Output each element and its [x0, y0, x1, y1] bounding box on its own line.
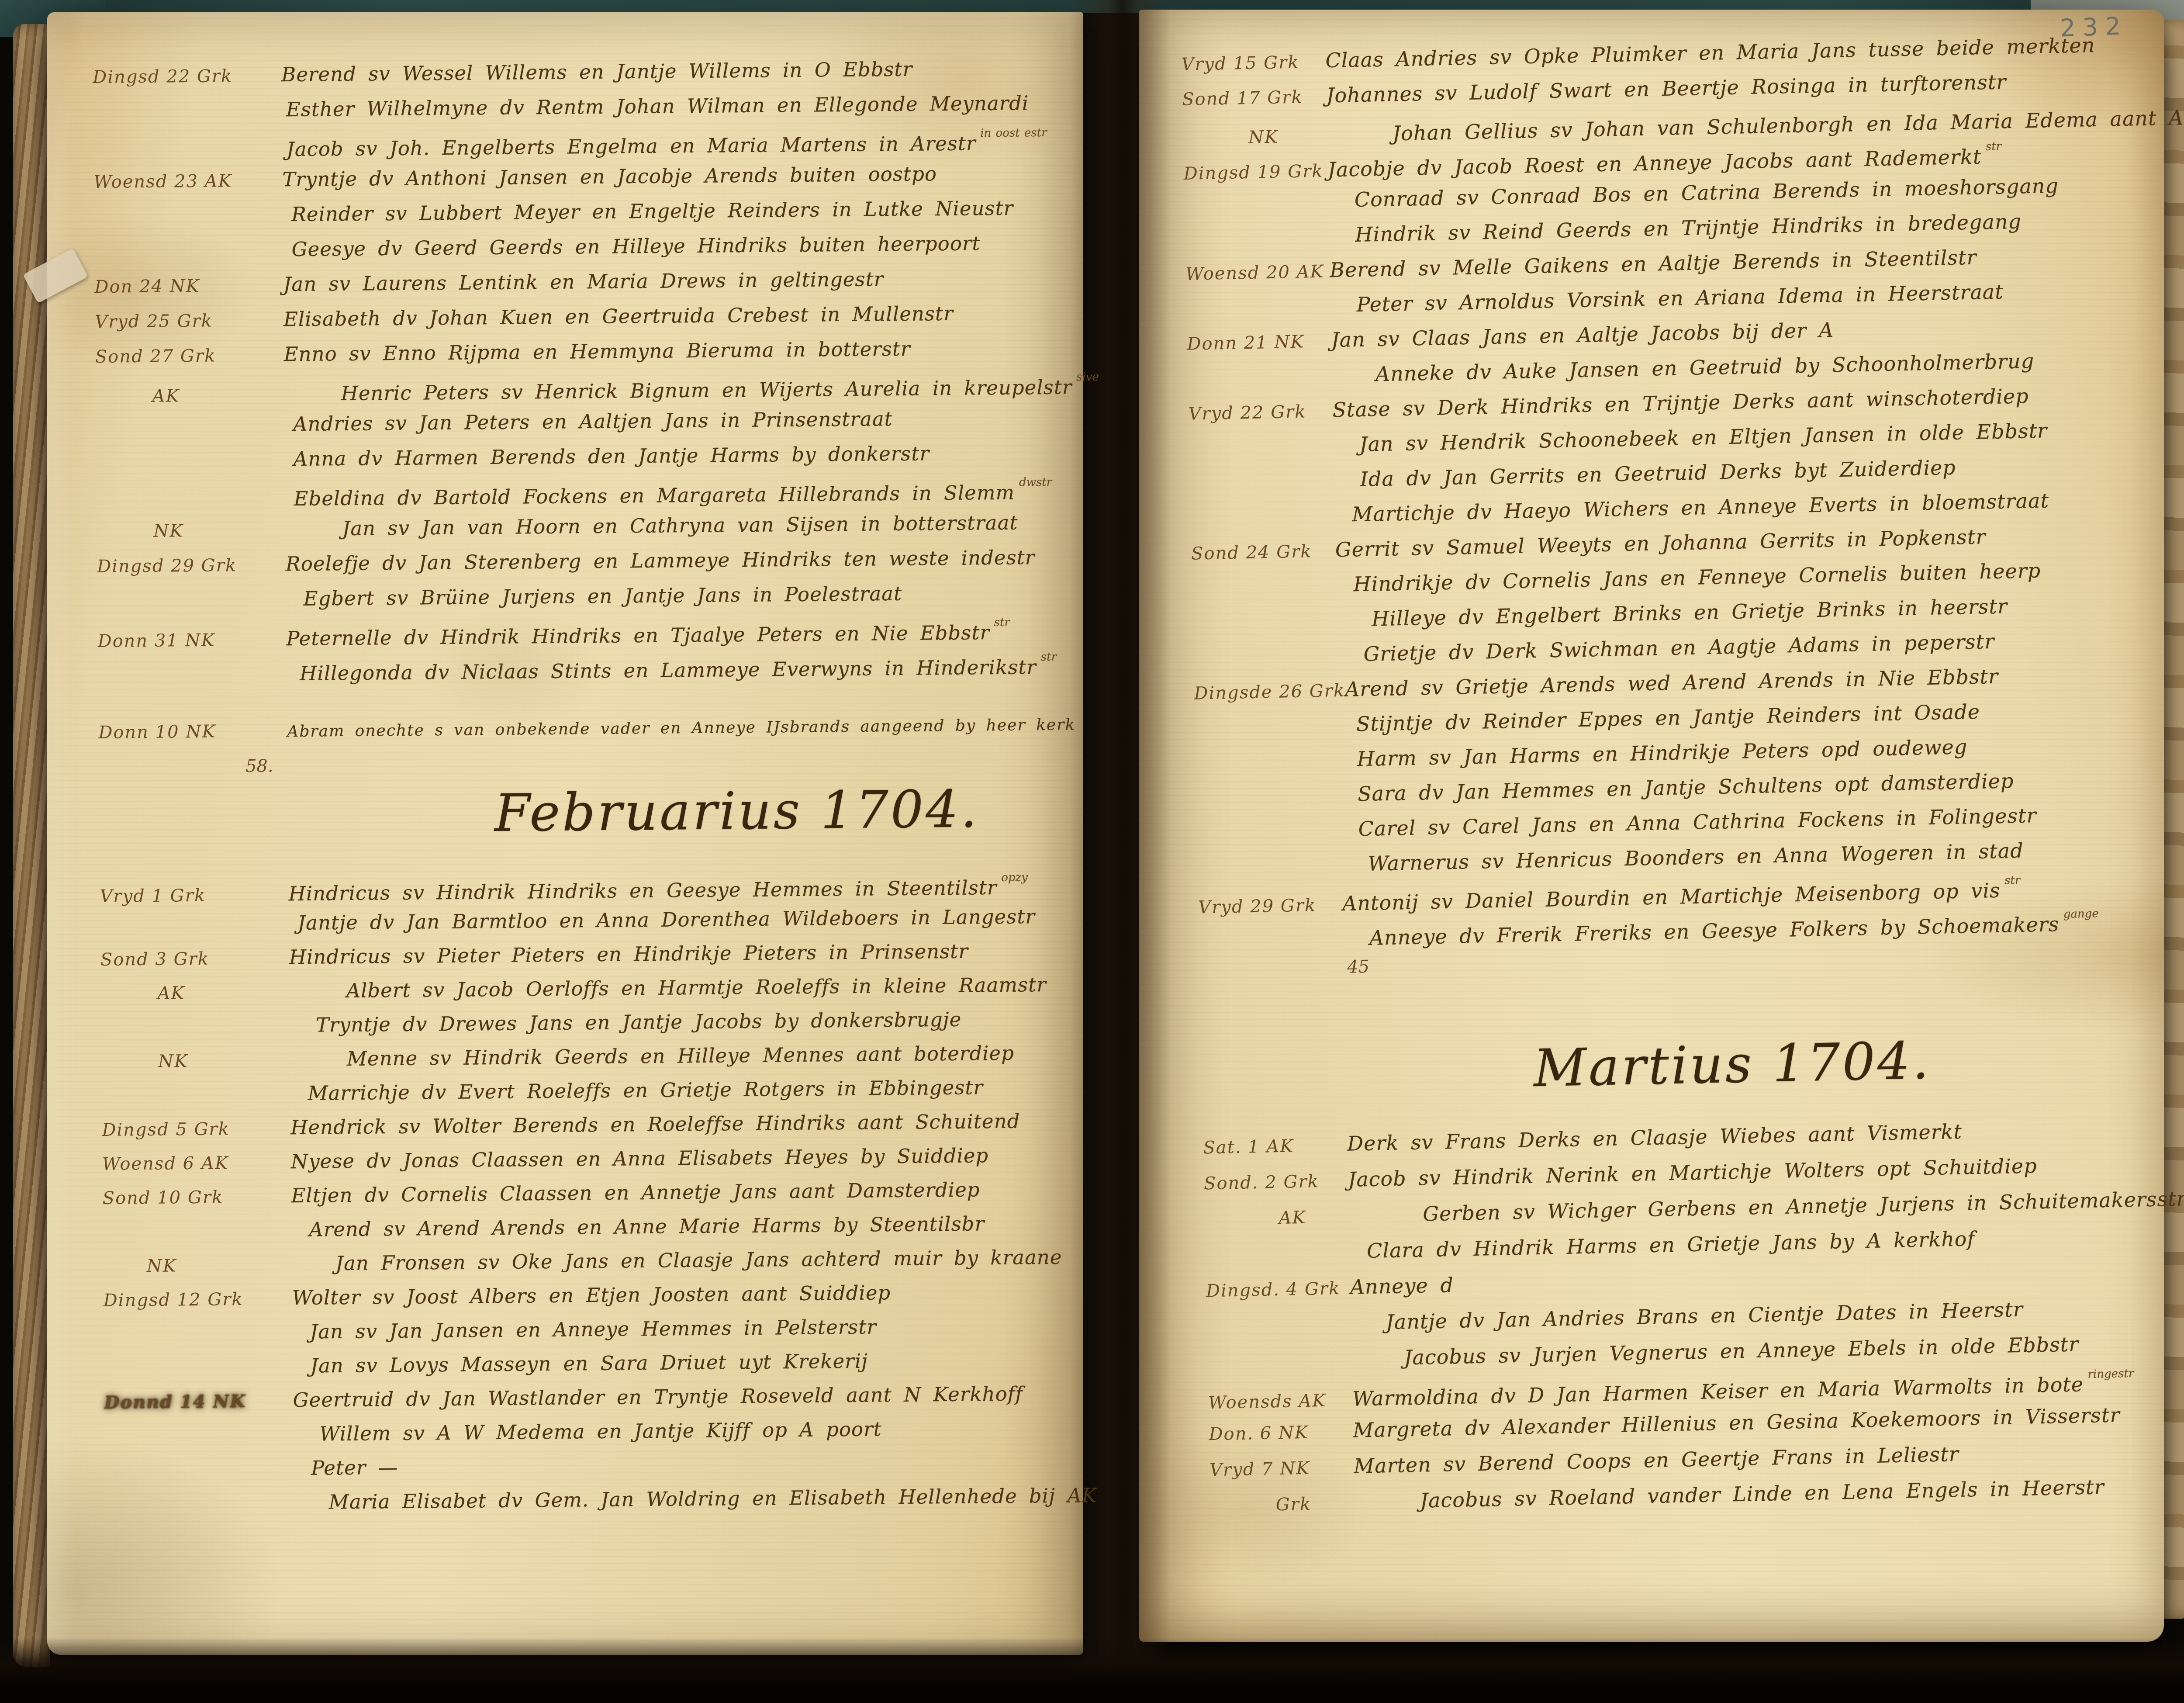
- entry-date-label: Woensd 20 AK: [1185, 261, 1330, 284]
- entry-superscript: ringestr: [2087, 1367, 2134, 1381]
- entry-date-label: Vryd 15 Grk: [1181, 52, 1326, 75]
- entry-date-label: Vryd 29 Grk: [1198, 895, 1343, 918]
- entry-text: Andries sv Jan Peters en Aaltjen Jans in…: [284, 407, 893, 436]
- entry-date-label: Woensds AK: [1208, 1390, 1353, 1413]
- entry-text: Enno sv Enno Rijpma en Hemmyna Bieruma i…: [284, 337, 911, 366]
- entry-date-label: Grk: [1210, 1492, 1420, 1516]
- entry-date-label: [1189, 452, 1334, 455]
- entry-date-label: [1196, 766, 1340, 769]
- entry-date-label: [94, 256, 283, 258]
- entry-date-label: Dingsd 29 Grk: [97, 555, 286, 577]
- entry-date-label: [104, 1373, 293, 1374]
- entry-date-label: AK: [95, 384, 341, 407]
- entry-text: Jan sv Jan Jansen en Anneye Hemmes in Pe…: [292, 1315, 877, 1343]
- entry-text: Jan sv Laurens Lentink en Maria Drews in…: [283, 267, 884, 296]
- entry-date-label: Dingsd 22 Grk: [93, 66, 281, 87]
- march-entries: Sat. 1 AK Derk sv Frans Derks en Claasje…: [1203, 1115, 2184, 1529]
- february-entries-right: Vryd 15 Grk Claas Andries sv Opke Pluimk…: [1181, 32, 2173, 960]
- entry-date-label: [102, 1100, 290, 1102]
- entry-date-label: Sond 17 Grk: [1182, 87, 1327, 110]
- entry-date-label: [1199, 945, 1343, 948]
- entry-date-label: AK: [1204, 1205, 1423, 1229]
- entry-superscript: gange: [2063, 907, 2099, 921]
- entry-date-label: Vryd 25 Grk: [95, 310, 283, 332]
- entry-text: Berend sv Wessel Willems en Jantje Wille…: [281, 58, 912, 87]
- entry-date-label: Dingsd 5 Grk: [102, 1118, 290, 1140]
- entry-text: Hindricus sv Hindrik Hindriks en Geesye …: [288, 871, 1028, 905]
- bottom-edge-shadow: [0, 1637, 2184, 1703]
- entry-date-label: [1198, 871, 1342, 874]
- entry-date-label: [1190, 487, 1334, 490]
- entry-date-label: [105, 1509, 294, 1511]
- entry-superscript: opzy: [1001, 871, 1028, 884]
- entry-date-label: Vryd 22 Grk: [1188, 401, 1333, 424]
- month-heading-martius: Martius 1704.: [1533, 1025, 2177, 1128]
- entry-date-label: [103, 1236, 291, 1238]
- entry-date-label: [1193, 661, 1337, 665]
- entry-date-label: Vryd 1 Grk: [100, 885, 288, 907]
- entry-date-label: [96, 431, 284, 433]
- entry-date-label: AK: [100, 982, 346, 1004]
- month-heading-februarius: Februarius 1704.: [494, 778, 1052, 873]
- entry-date-label: Don 24 NK: [94, 275, 283, 297]
- entry-date-label: [98, 680, 287, 682]
- entry-date-label: [105, 1441, 294, 1443]
- entry-text: Peternelle dv Hindrik Hindriks en Tjaaly…: [286, 616, 1010, 650]
- entry-date-label: [1206, 1258, 1350, 1261]
- january-entries: Dingsd 22 Grk Berend sv Wessel Willems e…: [93, 56, 1050, 694]
- entry-superscript: dwstr: [1019, 476, 1052, 489]
- entry-text: Abram onechte s van onbekende vader en A…: [287, 716, 1075, 741]
- entry-date-label: Sond 10 Grk: [102, 1187, 291, 1208]
- entry-text: Willem sv A W Medema en Jantje Kijff op …: [293, 1417, 882, 1446]
- entry-date-label: [1186, 312, 1330, 315]
- entry-date-label: NK: [97, 519, 342, 542]
- entry-text: Wolter sv Joost Albers en Etjen Joosten …: [292, 1281, 891, 1309]
- entry-date-label: [1188, 382, 1332, 385]
- entry-date-label: [104, 1339, 292, 1340]
- entry-date-label: [1196, 801, 1341, 804]
- entry-date-label: [97, 606, 286, 607]
- entry-date-label: [101, 1032, 290, 1034]
- entry-date-label: [1208, 1366, 1352, 1369]
- entry-date-label: [93, 156, 282, 158]
- entry-date-label: Donn 10 NK: [98, 721, 287, 743]
- entry-date-label: [1197, 836, 1341, 839]
- entry-date-label: NK: [101, 1050, 347, 1072]
- entry-superscript: str: [994, 616, 1010, 629]
- entry-date-label: [1191, 522, 1335, 525]
- entry-date-label: Sond 24 Grk: [1191, 541, 1336, 564]
- entry-text: Jan sv Lovys Masseyn en Sara Driuet uyt …: [293, 1350, 868, 1378]
- entry-date-label: [93, 116, 282, 118]
- entry-date-label: Dingsd. 4 Grk: [1206, 1278, 1350, 1301]
- entry-date-label: [1195, 731, 1339, 734]
- entry-date-label: Dingsde 26 Grk: [1194, 681, 1345, 704]
- entry-text: Anneye d: [1350, 1273, 1454, 1299]
- entry-date-label: Sond 27 Grk: [95, 345, 284, 367]
- entry-date-label: Sat. 1 AK: [1203, 1135, 1348, 1158]
- entry-date-label: [96, 466, 285, 467]
- entry-date-label: Don. 6 NK: [1209, 1422, 1353, 1445]
- february-entries-left: Vryd 1 Grk Hindricus sv Hindrik Hindriks…: [100, 871, 1057, 1526]
- entry-superscript: str: [2004, 874, 2021, 887]
- entry-date-label: [1207, 1330, 1351, 1333]
- entry-date-label: Donnd 14 NK: [104, 1391, 293, 1413]
- right-page-text: Vryd 15 Grk Claas Andries sv Opke Pluimk…: [1181, 32, 2184, 1529]
- entry-date-label: Woensd 6 AK: [102, 1153, 291, 1174]
- entry-date-label: [94, 221, 283, 223]
- entry-date-label: Dingsd 19 Grk: [1183, 161, 1328, 184]
- entry-date-label: [97, 505, 285, 507]
- entry-date-label: [1192, 592, 1336, 595]
- book-gutter-shadow: [1070, 0, 1171, 1703]
- entry-date-label: Donn 21 NK: [1187, 331, 1331, 354]
- entry-date-label: Woensd 23 AK: [93, 170, 282, 192]
- entry-date-label: [1184, 207, 1328, 210]
- entry-superscript: str: [1041, 651, 1057, 664]
- entry-date-label: [1185, 242, 1329, 245]
- entry-date-label: [1193, 627, 1337, 630]
- entry-date-label: Sond 3 Grk: [100, 948, 289, 970]
- entry-text: Egbert sv Brüine Jurjens en Jantje Jans …: [286, 582, 902, 610]
- entry-date-label: NK: [1183, 125, 1393, 149]
- left-page-text: Dingsd 22 Grk Berend sv Wessel Willems e…: [93, 56, 1057, 1526]
- entry-date-label: Dingsd 12 Grk: [103, 1289, 292, 1311]
- entry-text: Peter —: [294, 1456, 398, 1480]
- entry-superscript: in oost estr: [980, 126, 1047, 140]
- folio-number: 232: [2060, 12, 2128, 42]
- entry-date-label: NK: [103, 1254, 335, 1277]
- entry-superscript: sive: [1076, 370, 1099, 384]
- entry-date-label: Donn 31 NK: [97, 630, 286, 651]
- entry-date-label: [100, 930, 289, 931]
- entry-date-label: [105, 1475, 294, 1477]
- entry-superscript: str: [1986, 140, 2002, 153]
- entry-date-label: Sond. 2 Grk: [1204, 1171, 1348, 1194]
- entry-date-label: Vryd 7 NK: [1209, 1457, 1354, 1481]
